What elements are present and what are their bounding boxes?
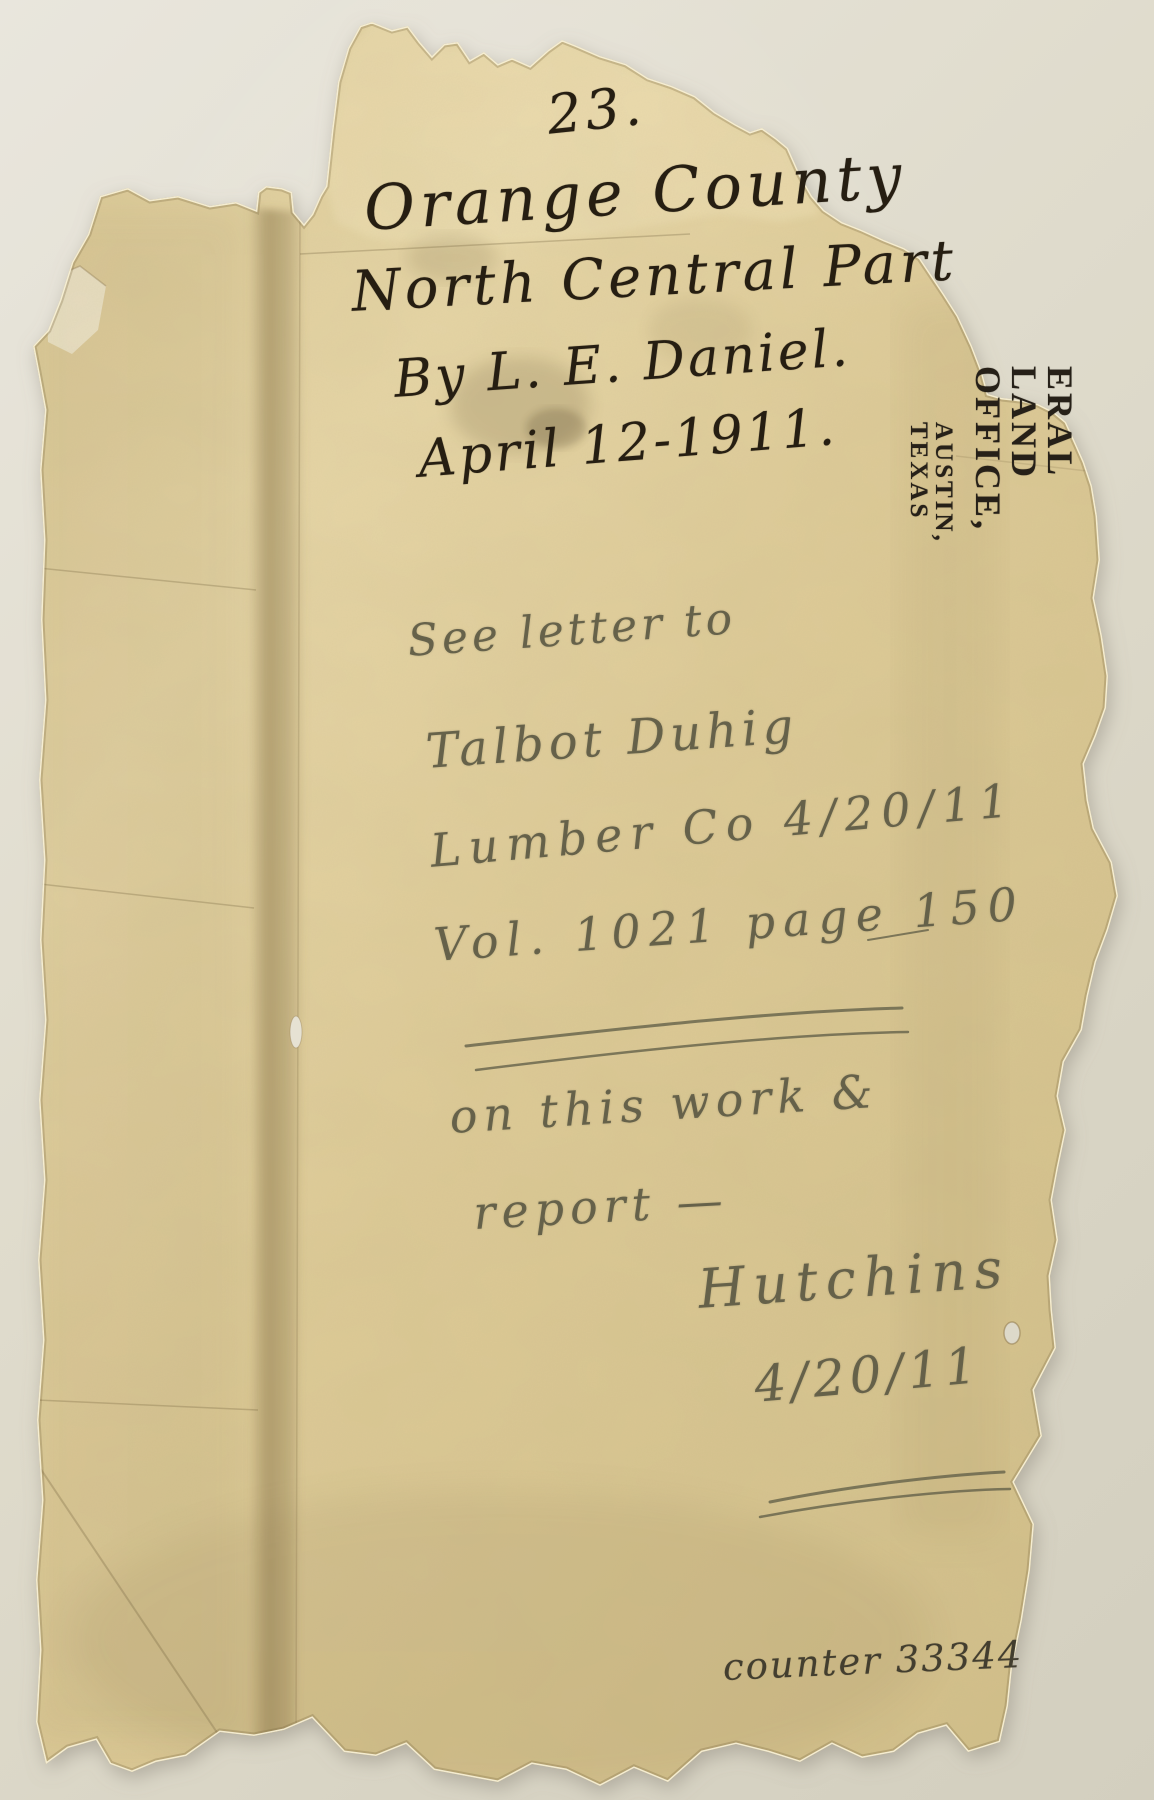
letterhead-city-line: AUSTIN, TEXAS	[906, 422, 956, 544]
letterhead: ERAL LAND OFFICE, AUSTIN, TEXAS	[906, 366, 1078, 544]
paper-hole	[1004, 1322, 1020, 1344]
letterhead-office-line: ERAL LAND OFFICE,	[970, 366, 1078, 544]
scan-background: 23. Orange County North Central Part By …	[0, 0, 1154, 1800]
crease-gap-hole	[290, 1016, 302, 1048]
page-number: 23.	[544, 74, 648, 147]
